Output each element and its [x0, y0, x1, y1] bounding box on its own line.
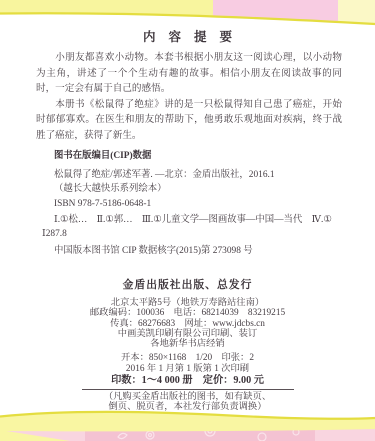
content-summary-title: 内容提要 [0, 27, 375, 45]
print-run-and-price: 印数：1～4 000 册 定价：9.00 元 [0, 375, 375, 387]
colophon-block: 金盾出版社出版、总发行 北京太平路5号（地铁万寿路站往南） 邮政编码：10003… [0, 277, 375, 413]
postal-code-and-phone: 邮政编码：100036 电话：68214039 83219215 [0, 308, 375, 318]
cip-title: 图书在版编目(CIP)数据 [54, 147, 342, 161]
publisher-address: 北京太平路5号（地铁万寿路站往南） [0, 298, 375, 308]
cip-record-number: 中国版本图书馆 CIP 数据核字(2015)第 273098 号 [54, 244, 342, 259]
cip-classification-line1: Ⅰ.①松… Ⅱ.①郭… Ⅲ.①儿童文学—图画故事—中国—当代 Ⅳ.① [54, 213, 342, 227]
book-format: 开本：850×1168 1/20 印张：2 [0, 353, 375, 363]
cip-data-block: 图书在版编目(CIP)数据 松鼠得了绝症/郭述军著. —北京：金盾出版社，201… [40, 147, 342, 259]
cip-isbn: ISBN 978-7-5186-0648-1 [54, 197, 342, 211]
book-copyright-page: 内容提要 小朋友都喜欢小动物。本套书根据小朋友这一阅读心理，以小动物为主角，讲述… [0, 0, 375, 441]
publisher-name: 金盾出版社出版、总发行 [0, 277, 375, 292]
summary-paragraph: 本册书《松鼠得了绝症》讲的是一只松鼠得知自己患了癌症，开始时郁郁寡欢。在医生和朋… [36, 97, 342, 144]
summary-paragraph: 小朋友都喜欢小动物。本套书根据小朋友这一阅读心理，以小动物为主角，讲述了一个个生… [36, 50, 342, 97]
printer-name: 中画美凯印刷有限公司印刷、装订 [0, 329, 375, 339]
fax-and-website: 传真：68276683 网址：www.jdcbs.cn [0, 319, 375, 329]
content-summary-text: 小朋友都喜欢小动物。本套书根据小朋友这一阅读心理，以小动物为主角，讲述了一个个生… [36, 50, 342, 144]
cip-entry: 松鼠得了绝症/郭述军著. —北京：金盾出版社，2016.1 [54, 168, 342, 182]
edition-info: 2016 年 1 月第 1 版第 1 次印刷 [0, 364, 375, 374]
return-notice-line1: （凡购买金盾出版社的图书，如有缺页、 [0, 392, 375, 403]
top-edge-decoration [0, 0, 375, 26]
bottom-edge-decoration [0, 405, 375, 441]
distribution-info: 各地新华书店经销 [0, 339, 375, 349]
colophon-divider [82, 389, 294, 390]
cip-classification-line2: Ⅰ287.8 [42, 228, 342, 242]
cip-series: （越长大越快乐系列绘本） [54, 182, 342, 196]
